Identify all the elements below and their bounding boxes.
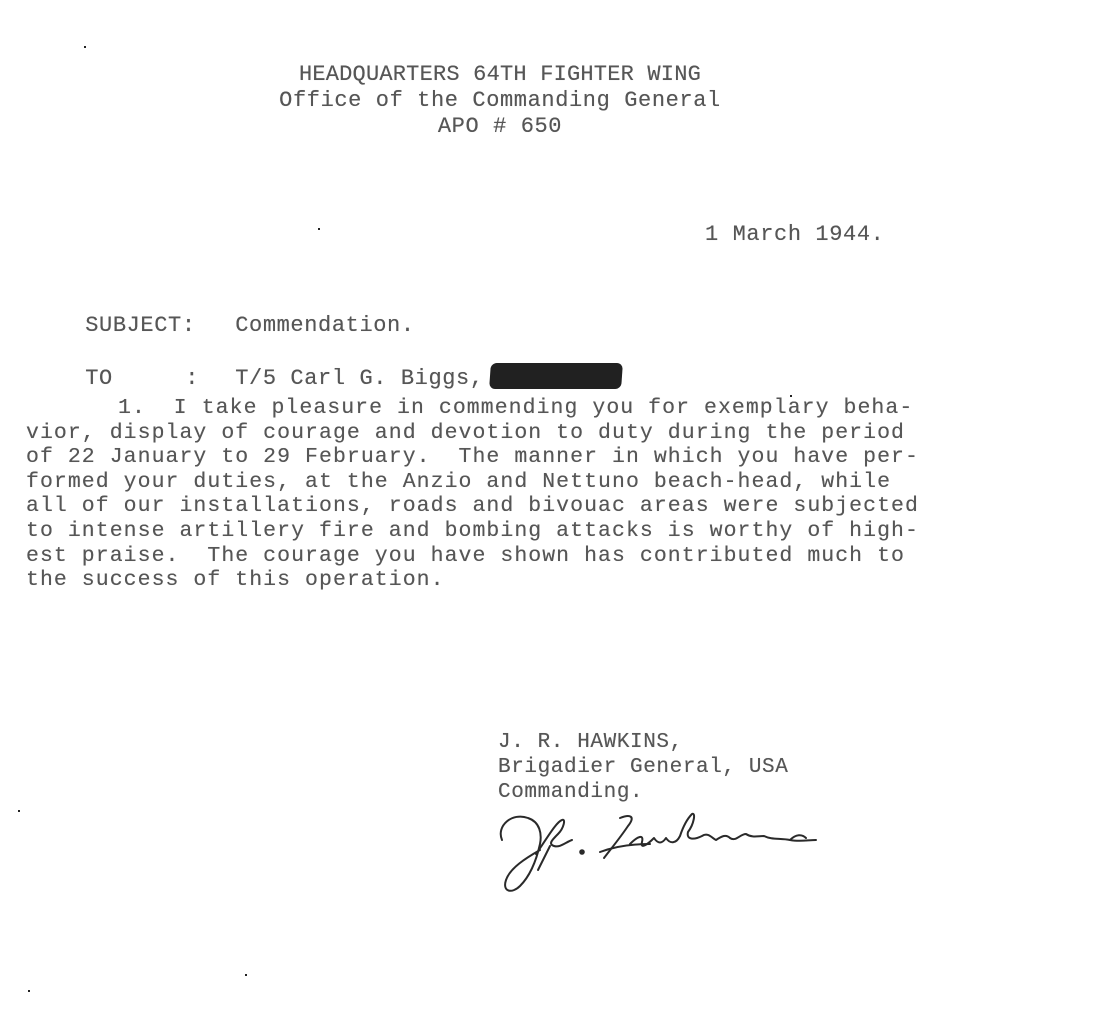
- letterhead-office: Office of the Commanding General: [240, 88, 760, 114]
- scan-speck: [28, 990, 30, 992]
- to-colon: :: [185, 366, 235, 391]
- signer-rank: Brigadier General, USA: [498, 755, 788, 780]
- letterhead: HEADQUARTERS 64TH FIGHTER WING Office of…: [240, 62, 760, 140]
- to-label: TO: [85, 366, 185, 391]
- scan-speck: [318, 228, 320, 230]
- scan-speck: [84, 46, 86, 48]
- body-line: to intense artillery fire and bombing at…: [26, 519, 1006, 544]
- body-line: 1. I take pleasure in commending you for…: [26, 396, 1006, 421]
- letterhead-unit: HEADQUARTERS 64TH FIGHTER WING: [240, 62, 760, 88]
- recipient-name: T/5 Carl G. Biggs,: [235, 366, 483, 391]
- redaction-bar: [489, 363, 623, 389]
- handwritten-signature-icon: [490, 800, 850, 900]
- body-line: the success of this operation.: [26, 568, 1006, 593]
- scan-speck: [18, 810, 20, 812]
- subject-label: SUBJECT:: [85, 313, 235, 338]
- body-line: all of our installations, roads and bivo…: [26, 494, 1006, 519]
- subject-value: Commendation.: [235, 313, 414, 338]
- letterhead-apo: APO # 650: [240, 114, 760, 140]
- scan-speck: [790, 395, 792, 397]
- signer-name: J. R. HAWKINS,: [498, 730, 788, 755]
- commendation-body: 1. I take pleasure in commending you for…: [26, 396, 1006, 593]
- document-page: HEADQUARTERS 64TH FIGHTER WING Office of…: [0, 0, 1098, 1010]
- body-line: est praise. The courage you have shown h…: [26, 544, 1006, 569]
- body-line: vior, display of courage and devotion to…: [26, 421, 1006, 446]
- body-line: formed your duties, at the Anzio and Net…: [26, 470, 1006, 495]
- letter-date: 1 March 1944.: [705, 222, 884, 247]
- body-line: of 22 January to 29 February. The manner…: [26, 445, 1006, 470]
- signature-block: J. R. HAWKINS, Brigadier General, USA Co…: [498, 730, 788, 805]
- scan-speck: [245, 974, 247, 976]
